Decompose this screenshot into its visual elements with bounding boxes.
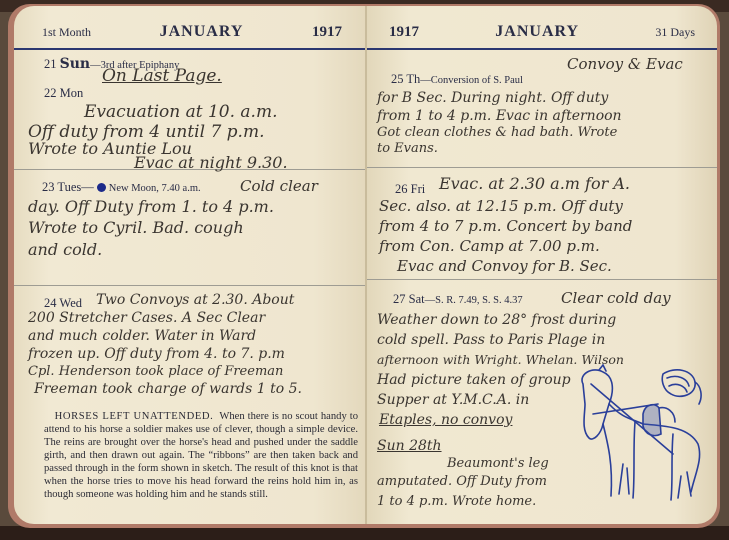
handwriting-line: Supper at Y.M.C.A. in <box>377 390 529 410</box>
day-label-26: 26 Fri <box>395 182 425 197</box>
month-title: JANUARY <box>160 23 244 41</box>
handwriting-line: Had picture taken of group <box>377 370 571 390</box>
days-in-month-label: 31 Days <box>655 25 695 40</box>
day-number: 26 <box>395 182 408 196</box>
year-label: 1917 <box>389 24 419 41</box>
handwriting-line: Etaples, no convoy <box>379 410 512 430</box>
day-name: Mon <box>60 86 84 100</box>
diary-entry-23: 23 Tues—New Moon, 7.40 a.m. Cold clear d… <box>14 170 366 286</box>
handwriting-line: Wrote to Cyril. Bad. cough <box>28 218 244 238</box>
handwriting-line: Beaumont's leg <box>447 454 549 474</box>
day-number: 27 <box>393 292 406 306</box>
handwriting-line: Sec. also. at 12.15 p.m. Off duty <box>379 196 623 216</box>
handwriting-line: Sun 28th <box>377 436 442 456</box>
printed-tip-title: HORSES LEFT UNATTENDED. <box>55 411 214 422</box>
handwriting-line: Freeman took charge of wards 1 to 5. <box>34 379 302 399</box>
left-page: 1st Month JANUARY 1917 21 Sun—3rd after … <box>14 6 366 524</box>
day-name: Sun <box>60 56 90 72</box>
handwriting-line: On Last Page. <box>102 66 222 86</box>
handwriting-line: from 4 to 7 p.m. Concert by band <box>379 216 632 236</box>
day-label-22: 22 Mon <box>44 86 83 101</box>
handwriting-line: from Con. Camp at 7.00 p.m. <box>379 236 600 256</box>
day-label-25: 25 Th—Conversion of S. Paul <box>391 72 523 87</box>
diary-entry-26: 26 Fri Evac. at 2.30 a.m for A. Sec. als… <box>367 168 717 280</box>
day-label-27: 27 Sat—S. R. 7.49, S. S. 4.37 <box>393 292 523 307</box>
handwriting-line: day. Off Duty from 1. to 4 p.m. <box>28 197 274 217</box>
diary-entry-25: 25 Th—Conversion of S. Paul Convoy & Eva… <box>367 50 717 168</box>
handwriting-line: for B Sec. During night. Off duty <box>377 88 608 108</box>
handwriting-line: Two Convoys at 2.30. About <box>96 290 294 310</box>
year-label: 1917 <box>312 24 342 41</box>
handwriting-line: Evac. at 2.30 a.m for A. <box>439 174 630 194</box>
day-number: 21 <box>44 57 57 71</box>
new-moon-icon <box>97 183 106 192</box>
right-page-header: 1917 JANUARY 31 Days <box>367 20 717 50</box>
left-page-header: 1st Month JANUARY 1917 <box>14 20 366 50</box>
day-number: 23 <box>42 180 55 194</box>
handwriting-line: frozen up. Off duty from 4. to 7. p.m <box>28 344 285 364</box>
day-number: 22 <box>44 86 57 100</box>
diary-entry-24: 24 Wed Two Convoys at 2.30. About 200 St… <box>14 286 366 406</box>
handwriting-line: to Evans. <box>377 139 438 159</box>
handwriting-line: Convoy & Evac <box>567 54 683 74</box>
handwriting-line: cold spell. Pass to Paris Plage in <box>377 330 605 350</box>
day-number: 25 <box>391 72 404 86</box>
month-title: JANUARY <box>495 23 579 41</box>
printed-tip-horses-left-unattended: HORSES LEFT UNATTENDED. When there is no… <box>44 410 358 501</box>
month-number-label: 1st Month <box>42 25 91 40</box>
diary-entry-21-22: 21 Sun—3rd after Epiphany On Last Page. … <box>14 50 366 170</box>
day-name: Th <box>406 72 420 86</box>
day-name: Fri <box>411 182 426 196</box>
handwriting-line: 1 to 4 p.m. Wrote home. <box>377 492 536 512</box>
handwriting-line: Clear cold day <box>561 288 671 308</box>
day-note: New Moon, 7.40 a.m. <box>109 183 201 194</box>
day-name: Tues <box>57 180 81 194</box>
right-page: 1917 JANUARY 31 Days 25 Th—Conversion of… <box>367 6 717 524</box>
day-note: —S. R. 7.49, S. S. 4.37 <box>425 295 523 306</box>
handwriting-line: Evacuation at 10. a.m. <box>84 102 277 122</box>
printed-tip-body: When there is no scout handy to attend t… <box>44 411 358 500</box>
handwriting-line: and cold. <box>28 240 102 260</box>
day-note: —Conversion of S. Paul <box>420 75 523 86</box>
day-label-23: 23 Tues—New Moon, 7.40 a.m. <box>42 180 201 195</box>
handwriting-line: Cold clear <box>240 176 318 196</box>
horse-sketch-icon <box>563 364 713 504</box>
handwriting-line: amputated. Off Duty from <box>377 472 547 492</box>
day-name: Sat <box>409 292 425 306</box>
handwriting-line: 200 Stretcher Cases. A Sec Clear <box>28 308 265 328</box>
handwriting-line: Weather down to 28° frost during <box>377 310 616 330</box>
background-bottom <box>0 526 729 540</box>
handwriting-line: and much colder. Water in Ward <box>28 326 256 346</box>
handwriting-line: Evac and Convoy for B. Sec. <box>397 256 612 276</box>
